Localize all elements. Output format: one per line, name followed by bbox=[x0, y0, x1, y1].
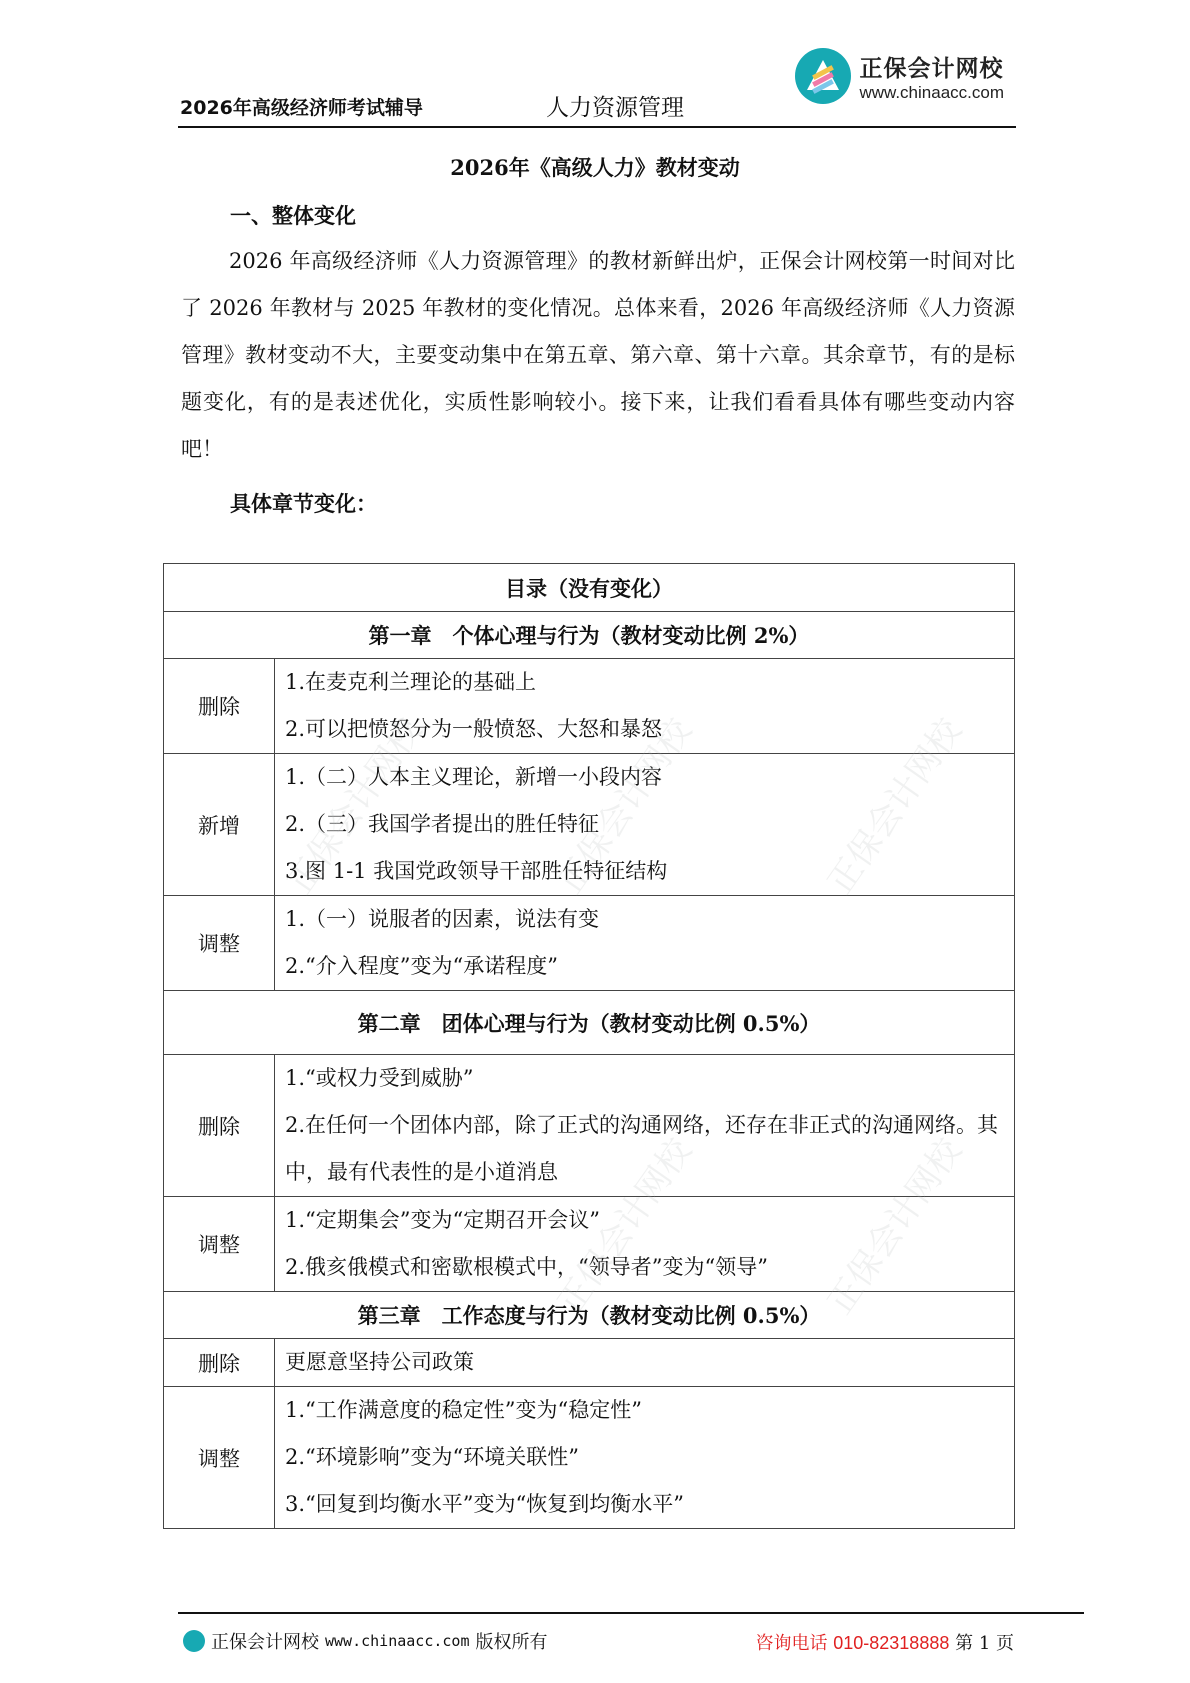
group-items: 1.“工作满意度的稳定性”变为“稳定性”2.“环境影响”变为“环境关联性”3.“… bbox=[275, 1387, 1015, 1529]
group-items: 1.“定期集会”变为“定期召开会议”2.俄亥俄模式和密歇根模式中，“领导者”变为… bbox=[275, 1197, 1015, 1292]
group-items: 1.（一）说服者的因素，说法有变2.“介入程度”变为“承诺程度” bbox=[275, 896, 1015, 991]
chapter-3-title: 第三章 工作态度与行为（教材变动比例 0.5%） bbox=[164, 1292, 1015, 1339]
group-label: 调整 bbox=[164, 896, 275, 991]
overview-paragraph: 2026 年高级经济师《人力资源管理》的教材新鲜出炉，正保会计网校第一时间对比了… bbox=[181, 238, 1015, 473]
footer-brand: 正保会计网校 www.chinaacc.com 版权所有 bbox=[183, 1628, 548, 1654]
document-title: 2026年《高级人力》教材变动 bbox=[0, 152, 1190, 182]
section-heading-chapters: 具体章节变化： bbox=[230, 488, 377, 518]
phone-number: 010-82318888 bbox=[833, 1633, 949, 1653]
page-number: 第 1 页 bbox=[955, 1633, 1014, 1654]
chapter-2-title: 第二章 团体心理与行为（教材变动比例 0.5%） bbox=[164, 991, 1015, 1055]
group-items: 1.在麦克利兰理论的基础上2.可以把愤怒分为一般愤怒、大怒和暴怒 bbox=[275, 659, 1015, 754]
group-label: 删除 bbox=[164, 1055, 275, 1197]
brand-logo: 正保会计网校 www.chinaacc.com bbox=[795, 48, 1004, 104]
changes-table: 目录（没有变化） 第一章 个体心理与行为（教材变动比例 2%） 删除 1.在麦克… bbox=[163, 563, 1015, 1529]
footer-copyright: 版权所有 bbox=[476, 1628, 548, 1654]
group-label: 调整 bbox=[164, 1197, 275, 1292]
logo-icon bbox=[183, 1630, 205, 1652]
header-subject: 人力资源管理 bbox=[546, 89, 684, 122]
page-header: 2026年高级经济师考试辅导 人力资源管理 正保会计网校 www.chinaac… bbox=[178, 40, 1016, 128]
group-items: 更愿意坚持公司政策 bbox=[275, 1339, 1015, 1387]
footer-url: www.chinaacc.com bbox=[325, 1632, 470, 1650]
group-label: 删除 bbox=[164, 1339, 275, 1387]
group-items: 1.（二）人本主义理论，新增一小段内容2.（三）我国学者提出的胜任特征3.图 1… bbox=[275, 754, 1015, 896]
group-items: 1.“或权力受到威胁”2.在任何一个团体内部，除了正式的沟通网络，还存在非正式的… bbox=[275, 1055, 1015, 1197]
group-label: 调整 bbox=[164, 1387, 275, 1529]
footer-divider bbox=[178, 1612, 1084, 1614]
logo-brand-name: 正保会计网校 bbox=[859, 50, 1004, 83]
chapter-1-title: 第一章 个体心理与行为（教材变动比例 2%） bbox=[164, 612, 1015, 659]
logo-url: www.chinaacc.com bbox=[859, 83, 1004, 103]
logo-icon bbox=[795, 48, 851, 104]
section-heading-overall: 一、整体变化 bbox=[230, 200, 356, 230]
group-label: 删除 bbox=[164, 659, 275, 754]
footer-contact: 咨询电话 010-82318888 第 1 页 bbox=[756, 1629, 1015, 1655]
group-label: 新增 bbox=[164, 754, 275, 896]
header-exam-title: 2026年高级经济师考试辅导 bbox=[180, 93, 423, 120]
toc-row: 目录（没有变化） bbox=[164, 564, 1015, 612]
phone-label: 咨询电话 bbox=[756, 1633, 828, 1653]
